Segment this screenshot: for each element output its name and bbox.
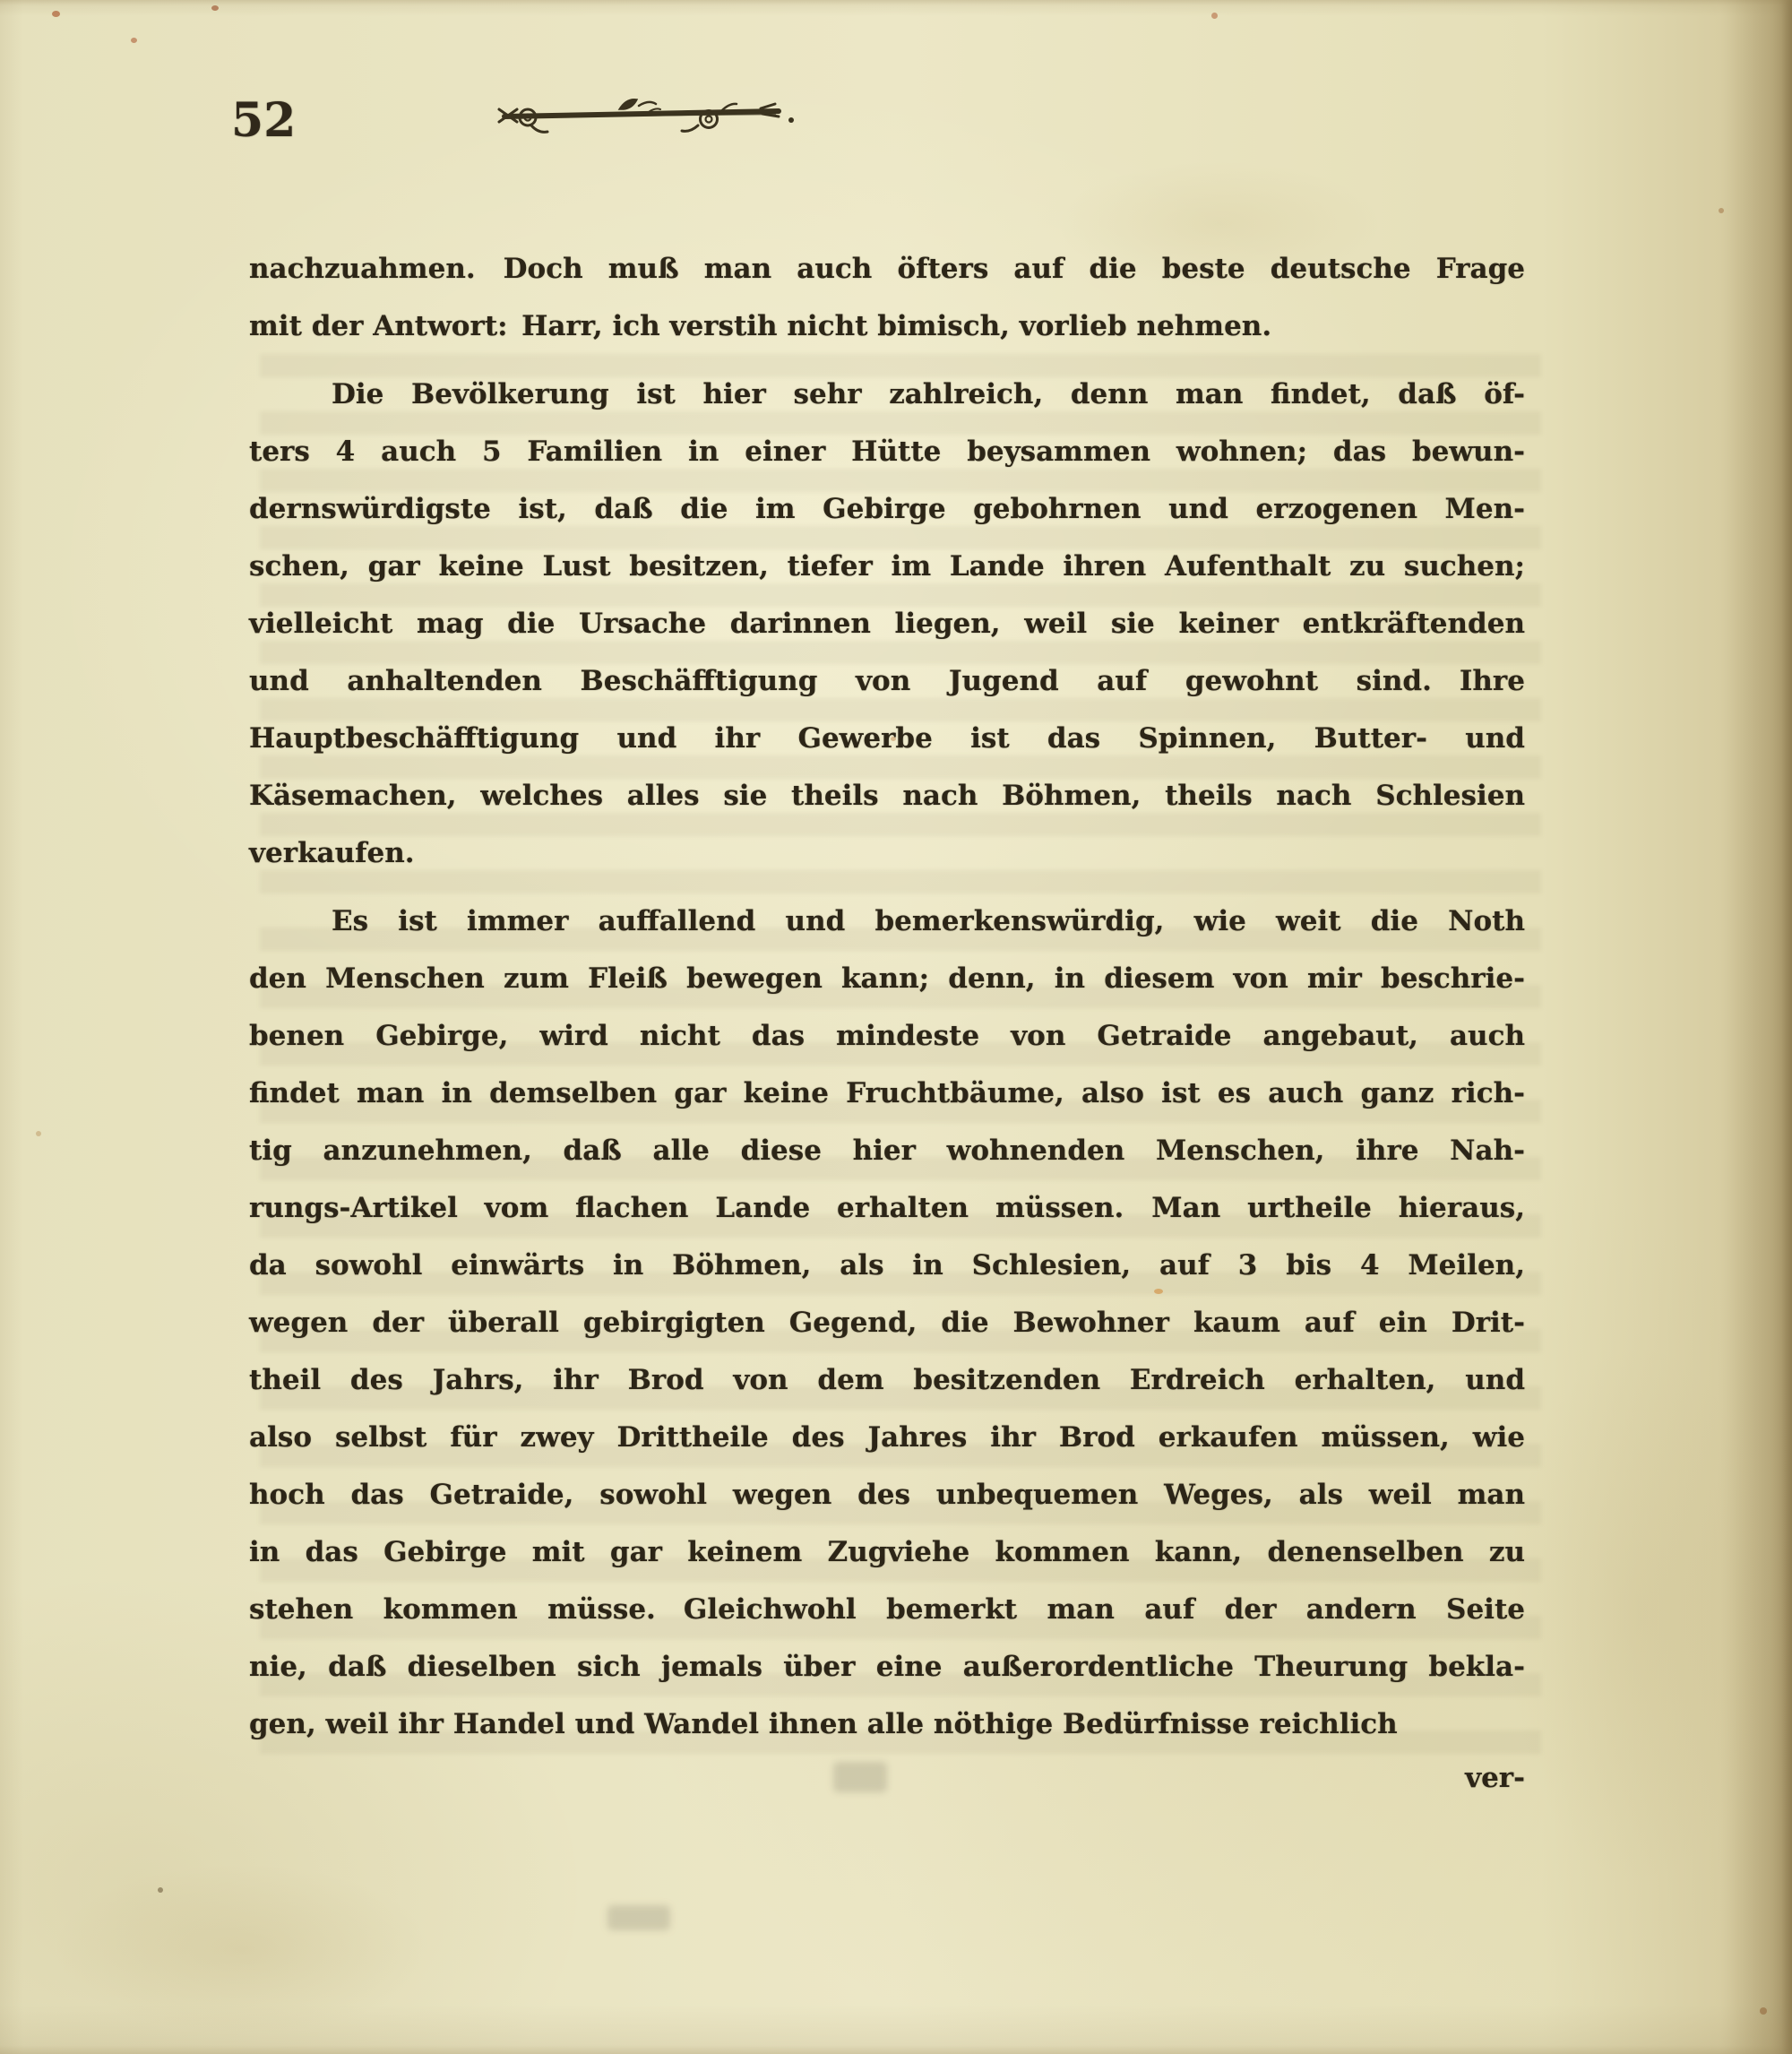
text-line: Die Bevölkerung ist hier sehr zahlreich,… bbox=[249, 366, 1525, 423]
paragraph: Es ist immer auffallend und bemerkenswür… bbox=[249, 893, 1525, 1753]
text-line: rungs-Artikel vom flachen Lande erhalten… bbox=[249, 1179, 1525, 1237]
text-line: theil des Jahrs, ihr Brod von dem besitz… bbox=[249, 1351, 1525, 1409]
text-line: ters 4 auch 5 Familien in einer Hütte be… bbox=[249, 423, 1525, 480]
book-page: 52 nachzuahmen. Doch muß man auch öfters… bbox=[0, 0, 1792, 2054]
text-line: Hauptbeschäfftigung und ihr Gewerbe ist … bbox=[249, 710, 1525, 767]
text-line: gen, weil ihr Handel und Wandel ihnen al… bbox=[249, 1696, 1525, 1753]
text-line: stehen kommen müsse. Gleichwohl bemerkt … bbox=[249, 1581, 1525, 1638]
text-line: dernswürdigste ist, daß die im Gebirge g… bbox=[249, 480, 1525, 538]
text-line: vielleicht mag die Ursache darinnen lieg… bbox=[249, 595, 1525, 652]
text-line: benen Gebirge, wird nicht das mindeste v… bbox=[249, 1007, 1525, 1065]
text-line: verkaufen. bbox=[249, 824, 1525, 882]
floral-rule-ornament-icon bbox=[495, 90, 806, 142]
text-line: mit der Antwort: Harr, ich verstih nicht… bbox=[249, 298, 1525, 355]
text-line: hoch das Getraide, sowohl wegen des unbe… bbox=[249, 1466, 1525, 1523]
text-line: nachzuahmen. Doch muß man auch öfters au… bbox=[249, 240, 1525, 298]
text-line: also selbst für zwey Drittheile des Jahr… bbox=[249, 1409, 1525, 1466]
text-line: findet man in demselben gar keine Frucht… bbox=[249, 1065, 1525, 1122]
text-block: nachzuahmen. Doch muß man auch öfters au… bbox=[249, 240, 1525, 1753]
text-line: Käsemachen, welches alles sie theils nac… bbox=[249, 767, 1525, 824]
show-through-mark bbox=[607, 1905, 670, 1930]
text-line: den Menschen zum Fleiß bewegen kann; den… bbox=[249, 950, 1525, 1007]
paragraph: Die Bevölkerung ist hier sehr zahlreich,… bbox=[249, 366, 1525, 882]
text-line: da sowohl einwärts in Böhmen, als in Sch… bbox=[249, 1237, 1525, 1294]
catchword: ver- bbox=[249, 1749, 1525, 1807]
text-line: in das Gebirge mit gar keinem Zugviehe k… bbox=[249, 1523, 1525, 1581]
text-line: Es ist immer auffallend und bemerkenswür… bbox=[249, 893, 1525, 950]
text-line: tig anzunehmen, daß alle diese hier wohn… bbox=[249, 1122, 1525, 1179]
paragraph-container: nachzuahmen. Doch muß man auch öfters au… bbox=[249, 240, 1525, 1753]
text-line: nie, daß dieselben sich jemals über eine… bbox=[249, 1638, 1525, 1696]
paragraph: nachzuahmen. Doch muß man auch öfters au… bbox=[249, 240, 1525, 355]
text-line: schen, gar keine Lust besitzen, tiefer i… bbox=[249, 538, 1525, 595]
page-number: 52 bbox=[231, 93, 296, 148]
text-line: und anhaltenden Beschäfftigung von Jugen… bbox=[249, 652, 1525, 710]
text-line: wegen der überall gebirgigten Gegend, di… bbox=[249, 1294, 1525, 1351]
